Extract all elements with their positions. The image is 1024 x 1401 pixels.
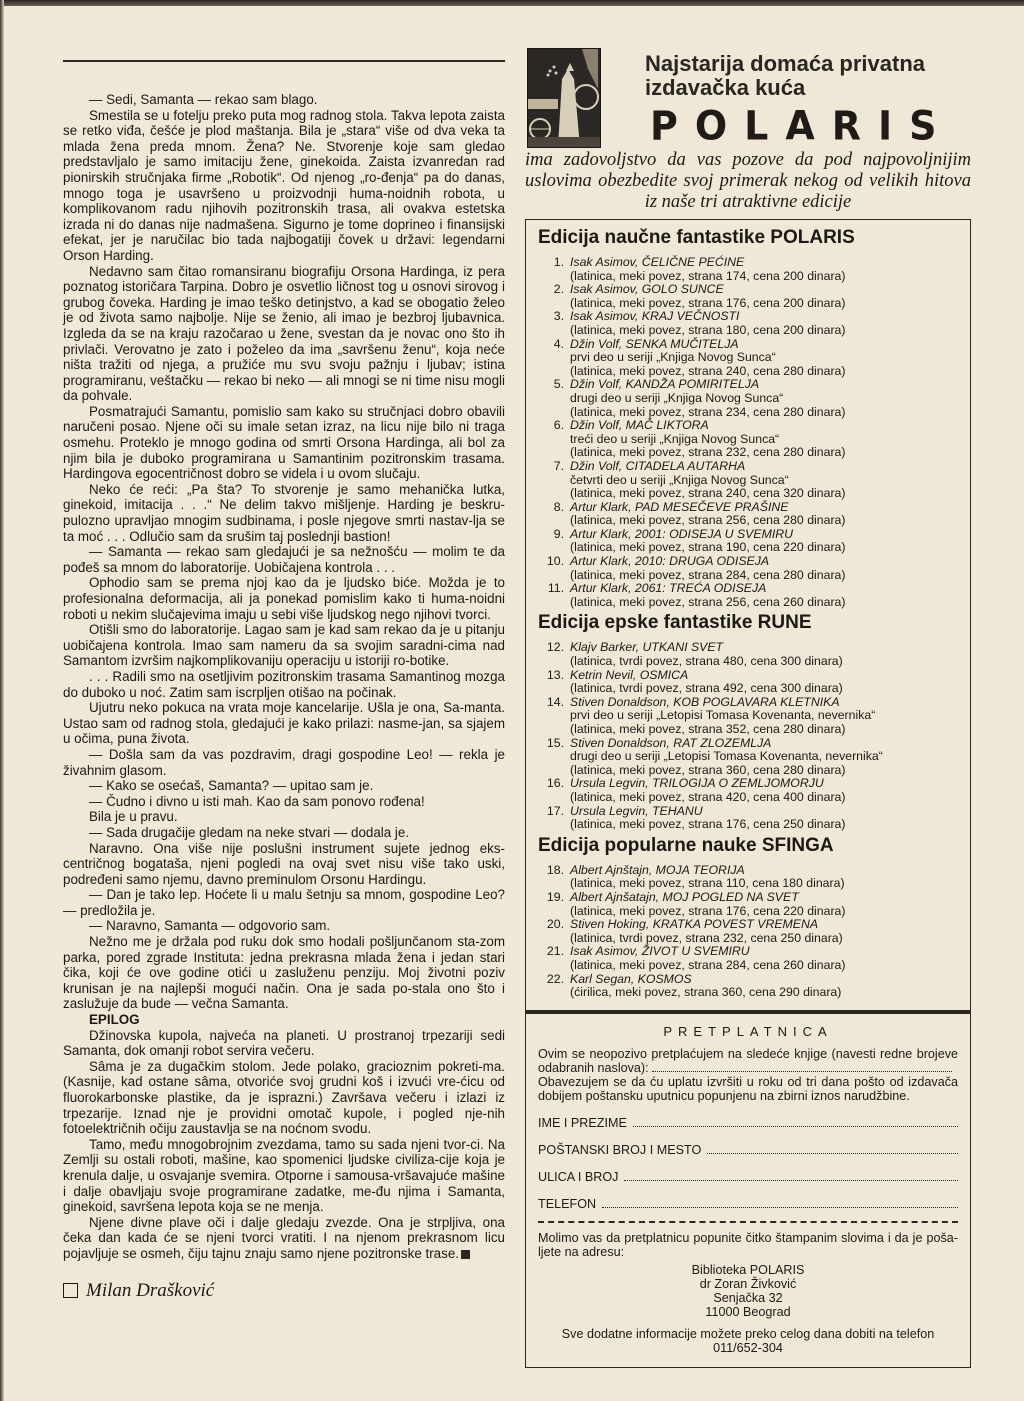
book-details: (latinica, meki povez, strana 256, cena …	[570, 596, 958, 610]
square-icon	[63, 1283, 78, 1298]
info-text: Sve dodatne informacije možete preko cel…	[538, 1327, 958, 1341]
brand-logo: POLARIS	[650, 103, 954, 149]
paragraph: — Sada drugačije gledam na neke stvari —…	[63, 825, 505, 841]
book-info: Džin Volf, SENKA MUČITELJAprvi deo u ser…	[570, 338, 958, 379]
page-edge	[0, 0, 1024, 6]
book-details: (latinica, meki povez, strana 232, cena …	[570, 446, 958, 460]
field-input[interactable]	[624, 1170, 958, 1181]
story-column: — Sedi, Samanta — rekao sam blago.Smesti…	[63, 60, 505, 1302]
book-number: 4.	[538, 338, 570, 379]
field-label: POŠTANSKI BROJ I MESTO	[538, 1143, 701, 1157]
phone-info: Sve dodatne informacije možete preko cel…	[538, 1327, 958, 1355]
form-obligation: Obavezujem se da ću uplatu izvršiti u ro…	[538, 1075, 958, 1103]
book-details: (latinica, meki povez, strana 420, cena …	[570, 791, 958, 805]
book-item: 4.Džin Volf, SENKA MUČITELJAprvi deo u s…	[538, 338, 958, 379]
edition-title: Edicija popularne nauke SFINGA	[538, 834, 958, 858]
catalog-list: Edicija naučne fantastike POLARIS1.Isak …	[526, 220, 970, 1010]
book-title: Stiven Donaldson, KOB POGLAVARA KLETNIKA	[570, 696, 958, 710]
paragraph: Ophodio sam se prema njoj kao da je ljud…	[63, 575, 505, 622]
book-info: Džin Volf, MAČ LIKTORAtreći deo u seriji…	[570, 419, 958, 460]
cut-line	[538, 1221, 958, 1223]
top-rule	[63, 60, 505, 62]
paragraph: — Čudno i divno u isti mah. Kao da sam p…	[63, 794, 505, 810]
book-info: Isak Asimov, ŽIVOT U SVEMIRU(latinica, m…	[570, 945, 958, 972]
book-title: Isak Asimov, KRAJ VEČNOSTI	[570, 310, 958, 324]
book-item: 7.Džin Volf, CITADELA AUTARHAčetvrti deo…	[538, 460, 958, 501]
field-input[interactable]	[633, 1116, 958, 1127]
book-number: 6.	[538, 419, 570, 460]
edition-title: Edicija epske fantastike RUNE	[538, 611, 958, 635]
book-details: (latinica, meki povez, strana 176, cena …	[570, 818, 958, 832]
form-field: ULICA I BROJ	[538, 1170, 958, 1184]
field-label: IME I PREZIME	[538, 1116, 627, 1130]
book-number: 7.	[538, 460, 570, 501]
book-info: Ursula Legvin, TRILOGIJA O ZEMLJOMORJU(l…	[570, 777, 958, 804]
paragraph: Nedavno sam čitao romansiranu biografiju…	[63, 264, 505, 404]
epilog-heading: EPILOG	[63, 1012, 505, 1028]
field-input[interactable]	[707, 1143, 958, 1154]
book-number: 10.	[538, 555, 570, 582]
book-info: Džin Volf, CITADELA AUTARHAčetvrti deo u…	[570, 460, 958, 501]
book-info: Džin Volf, KANDŽA POMIRITELJAdrugi deo u…	[570, 378, 958, 419]
book-series: prvi deo u seriji „Letopisi Tomasa Koven…	[570, 709, 958, 723]
book-item: 5.Džin Volf, KANDŽA POMIRITELJAdrugi deo…	[538, 378, 958, 419]
paragraph: — Samanta — rekao sam gledajući je sa ne…	[63, 544, 505, 575]
book-item: 15.Stiven Donaldson, RAT ZLOZEMLJAdrugi …	[538, 737, 958, 778]
book-title: Isak Asimov, GOLO SUNCE	[570, 283, 958, 297]
book-series: drugi deo u seriji „Letopisi Tomasa Kove…	[570, 750, 958, 764]
paragraph: Neko će reći: „Pa šta? To stvorenje je s…	[63, 482, 505, 544]
book-item: 9.Artur Klark, 2001: ODISEJA U SVEMIRU(l…	[538, 528, 958, 555]
book-number: 19.	[538, 891, 570, 918]
book-info: Karl Segan, KOSMOS(ćirilica, meki povez,…	[570, 973, 958, 1000]
form-title: PRETPLATNICA	[538, 1024, 958, 1039]
book-number: 2.	[538, 283, 570, 310]
author-name: Milan Drašković	[86, 1280, 214, 1302]
form-field: TELEFON	[538, 1197, 958, 1211]
book-item: 8.Artur Klark, PAD MESEČEVE PRAŠINE(lati…	[538, 501, 958, 528]
book-title: Ketrin Nevil, OSMICA	[570, 669, 958, 683]
book-title: Isak Asimov, ČELIČNE PEĆINE	[570, 256, 958, 270]
book-title: Džin Volf, KANDŽA POMIRITELJA	[570, 378, 958, 392]
book-title: Isak Asimov, ŽIVOT U SVEMIRU	[570, 945, 958, 959]
book-info: Ursula Legvin, TEHANU(latinica, meki pov…	[570, 805, 958, 832]
book-title: Karl Segan, KOSMOS	[570, 973, 958, 987]
book-details: (latinica, meki povez, strana 174, cena …	[570, 270, 958, 284]
book-series: drugi deo u seriji „Knjiga Novog Sunca“	[570, 392, 958, 406]
book-series: prvi deo u seriji „Knjiga Novog Sunca“	[570, 351, 958, 365]
page-edge	[0, 0, 4, 1401]
book-details: (latinica, tvrdi povez, strana 492, cena…	[570, 682, 958, 696]
book-details: (latinica, meki povez, strana 190, cena …	[570, 541, 958, 555]
book-number: 1.	[538, 256, 570, 283]
paragraph: — Naravno, Samanta — odgovorio sam.	[63, 918, 505, 934]
story-text: — Sedi, Samanta — rekao sam blago.Smesti…	[63, 92, 505, 1262]
ad-headline: Najstarija domaća privatna izdavačka kuć…	[645, 52, 925, 100]
book-title: Stiven Donaldson, RAT ZLOZEMLJA	[570, 737, 958, 751]
book-series: četvrti deo u seriji „Knjiga Novog Sunca…	[570, 474, 958, 488]
book-number: 22.	[538, 973, 570, 1000]
paragraph: Nežno me je držala pod ruku dok smo hoda…	[63, 934, 505, 1012]
book-info: Klajv Barker, UTKANI SVET(latinica, tvrd…	[570, 641, 958, 668]
book-item: 18.Albert Ajnštajn, MOJA TEORIJA(latinic…	[538, 864, 958, 891]
book-info: Artur Klark, 2001: ODISEJA U SVEMIRU(lat…	[570, 528, 958, 555]
book-item: 14.Stiven Donaldson, KOB POGLAVARA KLETN…	[538, 696, 958, 737]
book-number: 16.	[538, 777, 570, 804]
book-info: Stiven Donaldson, KOB POGLAVARA KLETNIKA…	[570, 696, 958, 737]
address-line: Biblioteka POLARIS	[538, 1263, 958, 1277]
book-info: Albert Ajnštajn, MOJA TEORIJA(latinica, …	[570, 864, 958, 891]
book-title: Stiven Hoking, KRATKA POVEST VREMENA	[570, 918, 958, 932]
book-number: 15.	[538, 737, 570, 778]
paragraph: — Došla sam da vas pozdravim, dragi gosp…	[63, 747, 505, 778]
book-number: 8.	[538, 501, 570, 528]
book-title: Ursula Legvin, TEHANU	[570, 805, 958, 819]
book-numbers-field[interactable]	[652, 1062, 952, 1072]
book-details: (latinica, meki povez, strana 256, cena …	[570, 514, 958, 528]
edition-title: Edicija naučne fantastike POLARIS	[538, 226, 958, 250]
book-info: Stiven Donaldson, RAT ZLOZEMLJAdrugi deo…	[570, 737, 958, 778]
book-number: 13.	[538, 669, 570, 696]
paragraph: Posmatrajući Samantu, pomislio sam kako …	[63, 404, 505, 482]
book-info: Isak Asimov, GOLO SUNCE(latinica, meki p…	[570, 283, 958, 310]
book-details: (latinica, meki povez, strana 176, cena …	[570, 905, 958, 919]
paragraph: — Sedi, Samanta — rekao sam blago.	[63, 92, 505, 108]
book-info: Artur Klark, PAD MESEČEVE PRAŠINE(latini…	[570, 501, 958, 528]
paragraph: Tamo, među mnogobrojnim zvezdama, tamo s…	[63, 1137, 505, 1215]
ad-intro: ima zadovoljstvo da vas pozove da pod na…	[525, 150, 971, 213]
book-title: Artur Klark, 2010: DRUGA ODISEJA	[570, 555, 958, 569]
book-number: 5.	[538, 378, 570, 419]
phone-number: 011/652-304	[538, 1341, 958, 1355]
book-item: 20.Stiven Hoking, KRATKA POVEST VREMENA(…	[538, 918, 958, 945]
address-line: dr Zoran Živković	[538, 1277, 958, 1291]
book-item: 21.Isak Asimov, ŽIVOT U SVEMIRU(latinica…	[538, 945, 958, 972]
form-fields: IME I PREZIMEPOŠTANSKI BROJ I MESTOULICA…	[538, 1116, 958, 1211]
book-info: Isak Asimov, ČELIČNE PEĆINE(latinica, me…	[570, 256, 958, 283]
book-details: (latinica, tvrdi povez, strana 480, cena…	[570, 655, 958, 669]
paragraph: Sâma je za dugačkim stolom. Jede polako,…	[63, 1059, 505, 1137]
book-details: (latinica, meki povez, strana 360, cena …	[570, 764, 958, 778]
paragraph: Smestila se u fotelju preko puta mog rad…	[63, 108, 505, 264]
paragraph: Džinovska kupola, najveća na planeti. U …	[63, 1028, 505, 1059]
book-item: 13.Ketrin Nevil, OSMICA(latinica, tvrdi …	[538, 669, 958, 696]
subscription-form: PRETPLATNICA Ovim se neopozivo pretplaću…	[525, 1011, 971, 1368]
book-item: 2.Isak Asimov, GOLO SUNCE(latinica, meki…	[538, 283, 958, 310]
book-number: 11.	[538, 582, 570, 609]
address-line: 11000 Beograd	[538, 1305, 958, 1319]
book-details: (latinica, meki povez, strana 110, cena …	[570, 877, 958, 891]
form-instructions: Molimo vas da pretplatnicu popunite čitk…	[538, 1231, 958, 1259]
address-line: Senjačka 32	[538, 1291, 958, 1305]
book-item: 11.Artur Klark, 2061: TREĆA ODISEJA(lati…	[538, 582, 958, 609]
paragraph: Naravno. Ona više nije poslušni instrume…	[63, 841, 505, 888]
book-info: Artur Klark, 2061: TREĆA ODISEJA(latinic…	[570, 582, 958, 609]
headline-line: izdavačka kuća	[645, 76, 925, 100]
book-details: (latinica, meki povez, strana 180, cena …	[570, 324, 958, 338]
byline: Milan Drašković	[63, 1280, 505, 1302]
book-title: Artur Klark, 2001: ODISEJA U SVEMIRU	[570, 528, 958, 542]
book-number: 18.	[538, 864, 570, 891]
form-field: IME I PREZIME	[538, 1116, 958, 1130]
headline-line: Najstarija domaća privatna	[645, 52, 925, 76]
book-number: 12.	[538, 641, 570, 668]
field-label: TELEFON	[538, 1197, 596, 1211]
book-title: Albert Ajnštajn, MOJA TEORIJA	[570, 864, 958, 878]
field-input[interactable]	[602, 1197, 958, 1208]
book-number: 14.	[538, 696, 570, 737]
paragraph: Bila je u pravu.	[63, 809, 505, 825]
paragraph: . . . Radili smo na osetljivim pozitrons…	[63, 669, 505, 700]
book-item: 22.Karl Segan, KOSMOS(ćirilica, meki pov…	[538, 973, 958, 1000]
book-item: 10.Artur Klark, 2010: DRUGA ODISEJA(lati…	[538, 555, 958, 582]
book-number: 9.	[538, 528, 570, 555]
paragraph: Njene divne plave oči i dalje gledaju zv…	[63, 1215, 505, 1262]
book-title: Klajv Barker, UTKANI SVET	[570, 641, 958, 655]
book-info: Ketrin Nevil, OSMICA(latinica, tvrdi pov…	[570, 669, 958, 696]
book-title: Džin Volf, MAČ LIKTORA	[570, 419, 958, 433]
form-text: Ovim se neopozivo pretplaćujem na sledeć…	[538, 1047, 958, 1075]
paragraph: Otišli smo do laboratorije. Lagao sam je…	[63, 622, 505, 669]
end-mark-icon	[461, 1250, 470, 1259]
paragraph: — Dan je tako lep. Hoćete li u malu šetn…	[63, 887, 505, 918]
book-item: 17.Ursula Legvin, TEHANU(latinica, meki …	[538, 805, 958, 832]
book-info: Artur Klark, 2010: DRUGA ODISEJA(latinic…	[570, 555, 958, 582]
field-label: ULICA I BROJ	[538, 1170, 618, 1184]
book-item: 6.Džin Volf, MAČ LIKTORAtreći deo u seri…	[538, 419, 958, 460]
book-title: Džin Volf, SENKA MUČITELJA	[570, 338, 958, 352]
mailing-address: Biblioteka POLARISdr Zoran ŽivkovićSenja…	[538, 1263, 958, 1319]
book-number: 20.	[538, 918, 570, 945]
catalog-box: Edicija naučne fantastike POLARIS1.Isak …	[525, 219, 971, 1011]
book-details: (ćirilica, meki povez, strana 360, cena …	[570, 986, 958, 1000]
book-title: Albert Ajnšatajn, MOJ POGLED NA SVET	[570, 891, 958, 905]
book-info: Isak Asimov, KRAJ VEČNOSTI(latinica, mek…	[570, 310, 958, 337]
book-info: Stiven Hoking, KRATKA POVEST VREMENA(lat…	[570, 918, 958, 945]
book-item: 12.Klajv Barker, UTKANI SVET(latinica, t…	[538, 641, 958, 668]
book-item: 16.Ursula Legvin, TRILOGIJA O ZEMLJOMORJ…	[538, 777, 958, 804]
book-details: (latinica, meki povez, strana 240, cena …	[570, 487, 958, 501]
book-number: 17.	[538, 805, 570, 832]
book-details: (latinica, meki povez, strana 352, cena …	[570, 723, 958, 737]
paragraph: — Kako se osećaš, Samanta? — upitao sam …	[63, 778, 505, 794]
book-number: 21.	[538, 945, 570, 972]
book-title: Artur Klark, PAD MESEČEVE PRAŠINE	[570, 501, 958, 515]
form-field: POŠTANSKI BROJ I MESTO	[538, 1143, 958, 1157]
book-number: 3.	[538, 310, 570, 337]
book-title: Artur Klark, 2061: TREĆA ODISEJA	[570, 582, 958, 596]
paragraph: Ujutru neko pokuca na vrata moje kancela…	[63, 700, 505, 747]
book-details: (latinica, meki povez, strana 284, cena …	[570, 959, 958, 973]
book-item: 1.Isak Asimov, ČELIČNE PEĆINE(latinica, …	[538, 256, 958, 283]
book-item: 3.Isak Asimov, KRAJ VEČNOSTI(latinica, m…	[538, 310, 958, 337]
polaris-ad: Najstarija domaća privatna izdavačka kuć…	[525, 48, 971, 1368]
ad-header: Najstarija domaća privatna izdavačka kuć…	[525, 48, 971, 148]
book-title: Džin Volf, CITADELA AUTARHA	[570, 460, 958, 474]
woodcut-illustration-icon	[527, 48, 601, 148]
book-series: treći deo u seriji „Knjiga Novog Sunca“	[570, 433, 958, 447]
book-title: Ursula Legvin, TRILOGIJA O ZEMLJOMORJU	[570, 777, 958, 791]
book-item: 19.Albert Ajnšatajn, MOJ POGLED NA SVET(…	[538, 891, 958, 918]
book-info: Albert Ajnšatajn, MOJ POGLED NA SVET(lat…	[570, 891, 958, 918]
